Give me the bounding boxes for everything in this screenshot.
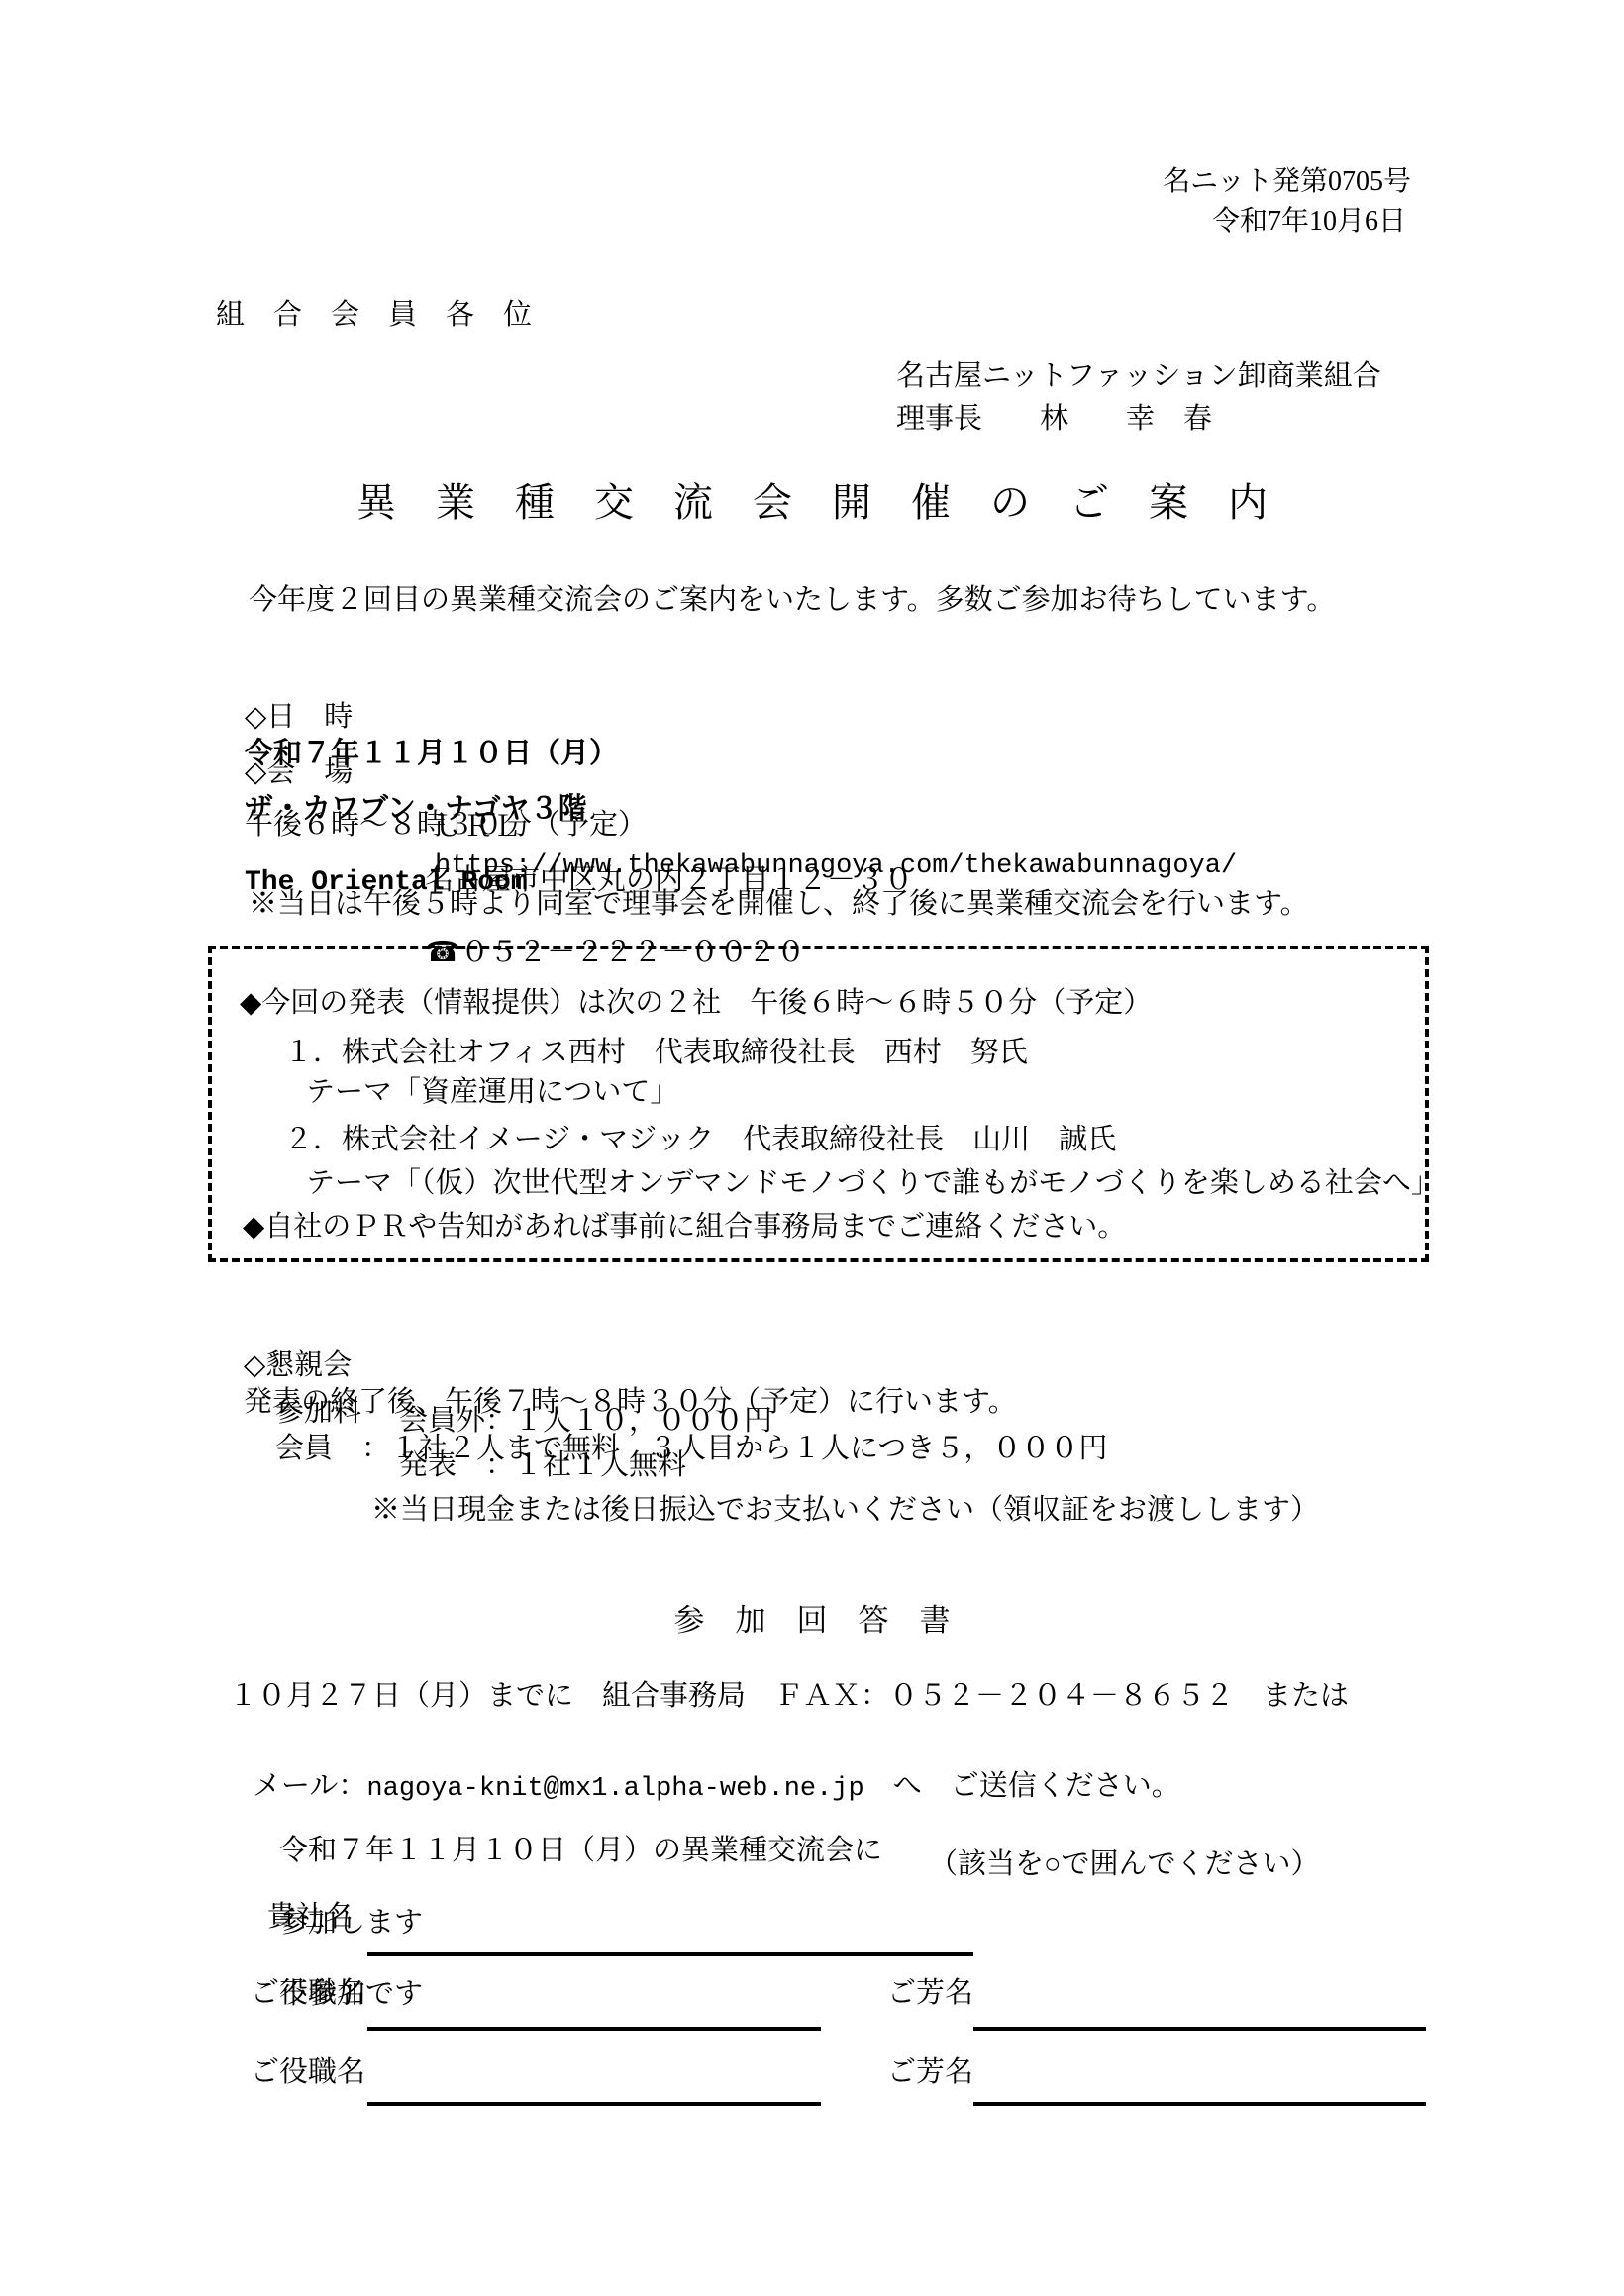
position-field-line-2 [367, 2102, 821, 2106]
document-page: 名ニット発第0705号 令和7年10月6日 組 合 会 員 各 位 名古屋ニット… [0, 0, 1624, 2296]
reply-deadline-line: １０月２７日（月）までに 組合事務局 ＦＡＸ：０５２－２０４－８６５２ または [229, 1678, 1349, 1714]
attendance-prefix: 令和７年１１月１０日（月）の異業種交流会に [279, 1835, 882, 1866]
presentation-item-2-theme: テーマ「（仮）次世代型オンデマンドモノづくりで誰もがモノづくりを楽しめる社会へ」 [306, 1165, 1440, 1201]
company-name-field-line [367, 1952, 973, 1956]
venue-label: ◇会 場 [245, 754, 385, 790]
position-field-line-1 [367, 2027, 821, 2031]
presentation-box: ◆今回の発表（情報提供）は次の２社 午後６時～６時５０分（予定） １．株式会社オ… [208, 946, 1429, 1262]
circle-note: （該当を○で囲んでください） [929, 1847, 1320, 1882]
recipient: 組 合 会 員 各 位 [216, 297, 532, 333]
presentation-item-2: ２．株式会社イメージ・マジック 代表取締役社長 山川 誠氏 [284, 1122, 1116, 1157]
sender-org: 名古屋ニットファッション卸商業組合 [896, 358, 1381, 394]
sender-title: 理事長 林 幸 春 [896, 401, 1212, 437]
presentation-item-1-theme: テーマ「資産運用について」 [306, 1074, 678, 1110]
pr-note: ◆自社のＰＲや告知があれば事前に組合事務局までご連絡ください。 [243, 1209, 1126, 1245]
fee-nonmember: 会員外：１人１０，０００円 [399, 1403, 772, 1439]
name-label-1: ご芳名 [887, 1975, 973, 2011]
name-field-line-2 [973, 2102, 1426, 2106]
company-name-label: 貴社名 [267, 1899, 354, 1935]
position-label-2: ご役職名 [251, 2054, 365, 2090]
fee-note: ※当日現金または後日振込でお支払いください（領収証をお渡しします） [371, 1492, 1319, 1528]
presentation-heading: ◆今回の発表（情報提供）は次の２社 午後６時～６時５０分（予定） [240, 985, 1152, 1021]
presentation-item-1: １．株式会社オフィス西村 代表取締役社長 西村 努氏 [284, 1035, 1028, 1070]
name-field-line-1 [973, 2027, 1426, 2031]
mail-suffix: へ ご送信ください。 [864, 1770, 1180, 1802]
intro-text: 今年度２回目の異業種交流会のご案内をいたします。多数ご参加お待ちしています。 [249, 582, 1335, 618]
board-meeting-note: ※当日は午後５時より同室で理事会を開催し、終了後に異業種交流会を行います。 [249, 886, 1309, 922]
issue-date: 令和7年10月6日 [1089, 204, 1406, 239]
reply-heading: 参 加 回 答 書 [0, 1602, 1624, 1641]
position-label-1: ご役職名 [251, 1975, 365, 2011]
name-label-2: ご芳名 [887, 2054, 973, 2090]
doc-number: 名ニット発第0705号 [1089, 164, 1411, 199]
fee-presenter: 発表 ：１社１人無料 [399, 1447, 686, 1483]
page-title: 異 業 種 交 流 会 開 催 の ご 案 内 [0, 478, 1624, 528]
